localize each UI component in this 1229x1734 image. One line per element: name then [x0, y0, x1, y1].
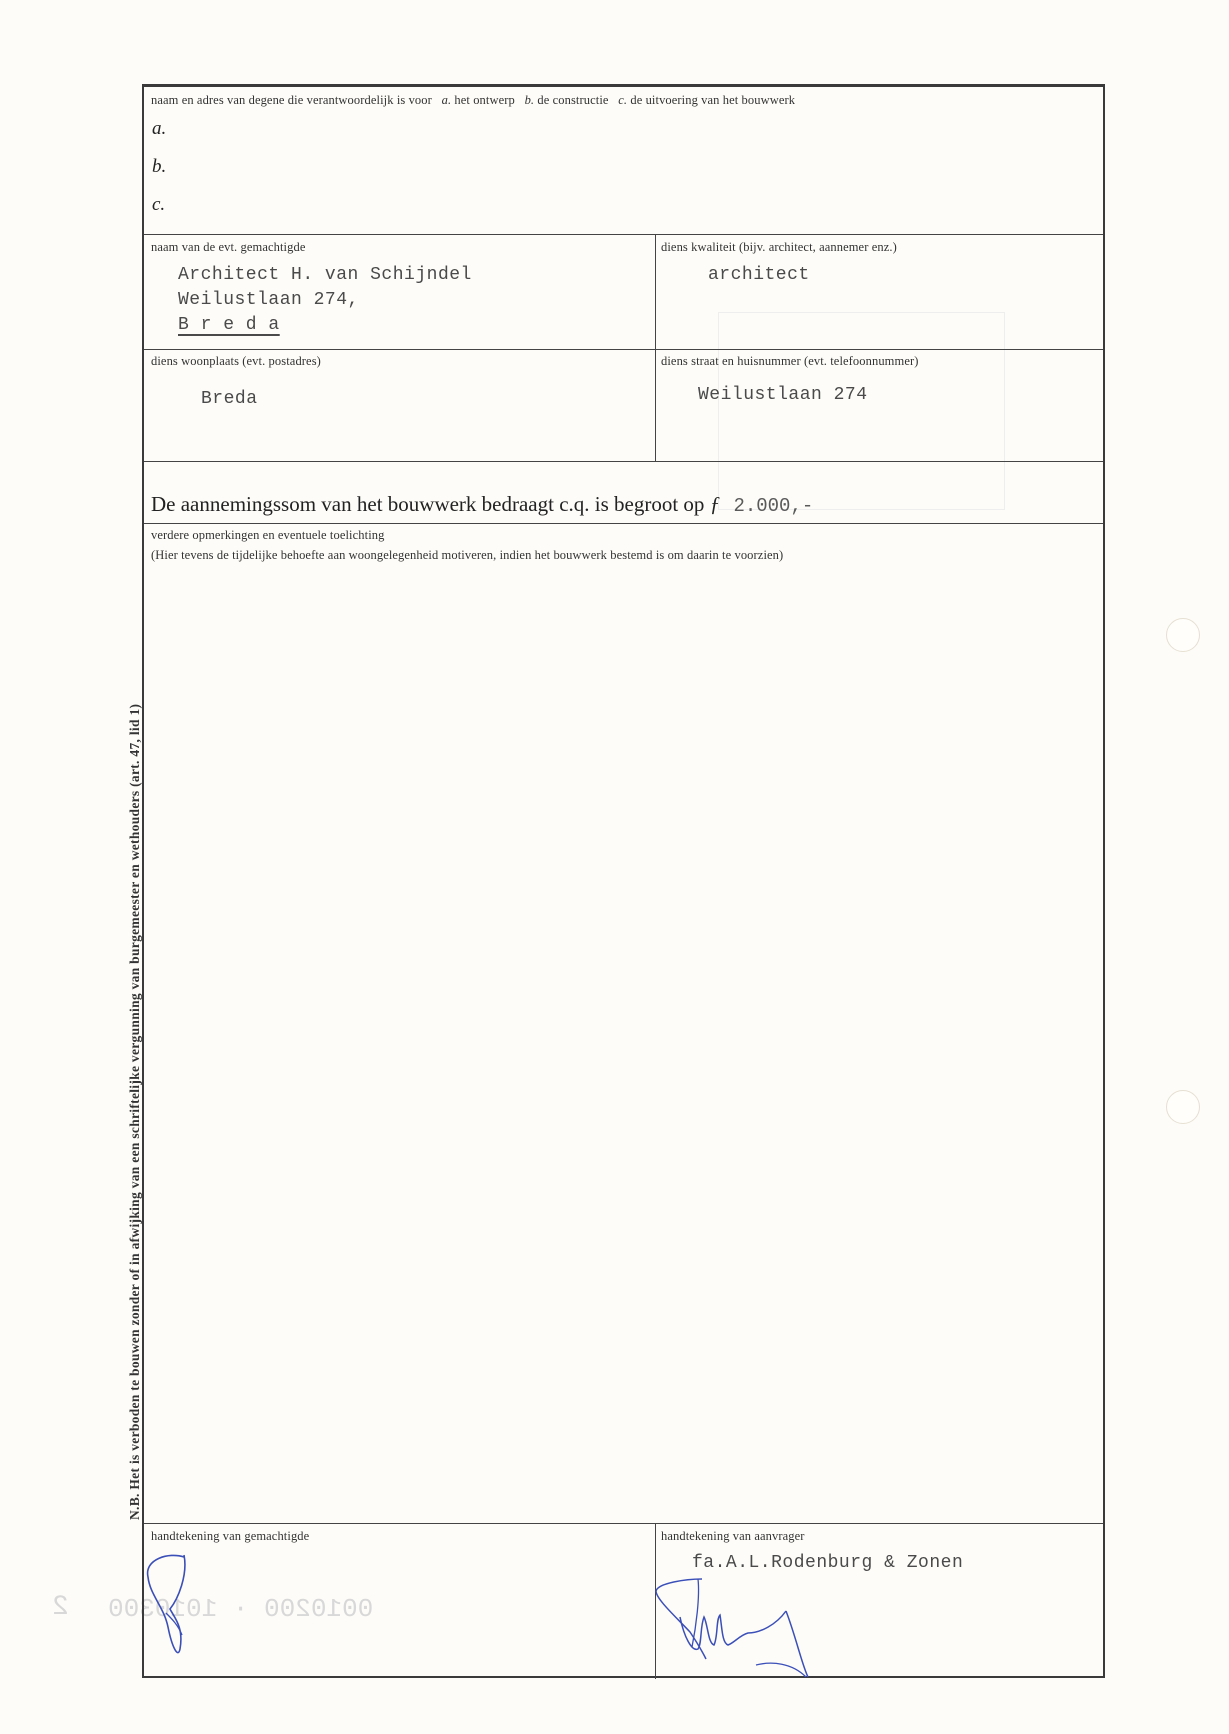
marker-a: a.: [442, 93, 452, 107]
legal-side-note: N.B. Het is verboden te bouwen zonder of…: [127, 704, 143, 1520]
applicant-signature: [656, 1577, 956, 1687]
label-execution: de uitvoering van het bouwwerk: [630, 93, 795, 107]
residence-label: diens woonplaats (evt. postadres): [151, 354, 321, 369]
applicant-name: fa.A.L.Rodenburg & Zonen: [692, 1553, 963, 1573]
divider: [144, 461, 1103, 462]
address-value[interactable]: Weilustlaan 274: [698, 385, 868, 405]
line-b[interactable]: b.: [152, 156, 166, 178]
quality-label: diens kwaliteit (bijv. architect, aannem…: [661, 240, 897, 255]
line-a[interactable]: a.: [152, 118, 166, 140]
representative-signature-label: handtekening van gemachtigde: [151, 1529, 309, 1544]
representative-label: naam van de evt. gemachtigde: [151, 240, 305, 255]
line-c[interactable]: c.: [152, 194, 165, 216]
punch-hole-bottom: [1166, 1090, 1200, 1124]
quality-value[interactable]: architect: [708, 265, 810, 285]
remarks-label: verdere opmerkingen en eventuele toelich…: [151, 528, 384, 543]
label-design: het ontwerp: [454, 93, 514, 107]
applicant-signature-label: handtekening van aanvrager: [661, 1529, 805, 1544]
divider: [144, 523, 1103, 524]
divider: [144, 234, 1103, 235]
building-permit-form: naam en adres van degene die verantwoord…: [142, 84, 1105, 1678]
remarks-area[interactable]: [144, 567, 1103, 1519]
representative-signature: [144, 1547, 224, 1677]
residence-value[interactable]: Breda: [201, 389, 258, 409]
applicant-signature-area[interactable]: [656, 1577, 1106, 1677]
representative-name[interactable]: Architect H. van Schijndel: [178, 265, 472, 285]
representative-signature-area[interactable]: [144, 1547, 655, 1677]
representative-city[interactable]: B r e d a: [178, 315, 280, 335]
column-divider: [655, 234, 656, 461]
punch-hole-top: [1166, 618, 1200, 652]
guilder-sign: ƒ: [710, 492, 721, 516]
address-label: diens straat en huisnummer (evt. telefoo…: [661, 354, 919, 369]
remarks-hint: (Hier tevens de tijdelijke behoefte aan …: [151, 548, 783, 563]
responsible-label-prefix: naam en adres van degene die verantwoord…: [151, 93, 432, 107]
responsible-label: naam en adres van degene die verantwoord…: [151, 93, 795, 108]
representative-street[interactable]: Weilustlaan 274,: [178, 290, 359, 310]
marker-c: c.: [618, 93, 627, 107]
contract-sum-text: De aannemingssom van het bouwwerk bedraa…: [151, 492, 704, 516]
contract-sum-value[interactable]: 2.000,-: [733, 495, 813, 517]
marker-b: b.: [525, 93, 535, 107]
divider: [144, 349, 1103, 350]
label-construction: de constructie: [537, 93, 608, 107]
bleed-through-page-marker: 2: [52, 1592, 69, 1623]
divider: [144, 1523, 1103, 1524]
contract-sum-line: De aannemingssom van het bouwwerk bedraa…: [151, 492, 813, 517]
